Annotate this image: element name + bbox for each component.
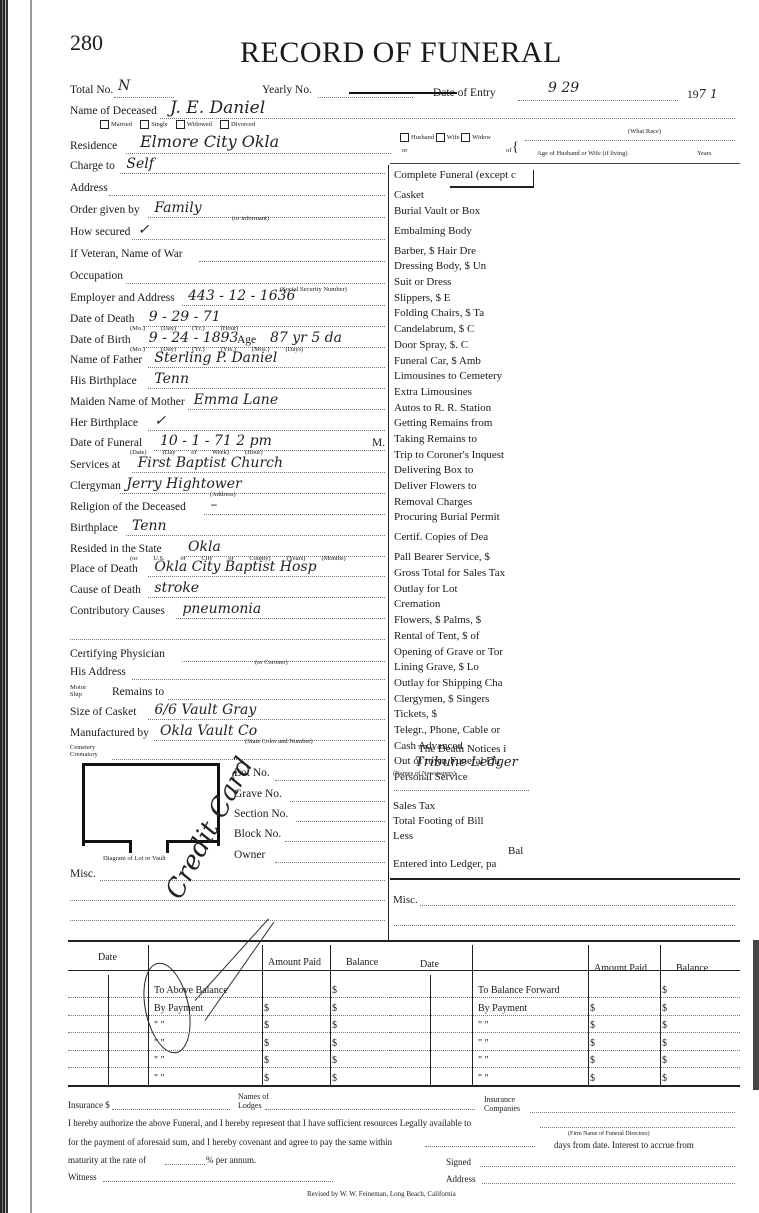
signed-label: Signed [446,1157,471,1167]
field-note: (State Color and Number) [245,738,313,745]
block-no-label: Block No. [234,828,281,840]
charge-item: Outlay for Shipping Cha [394,676,534,692]
charge-item: Removal Charges [394,495,534,511]
charge-item: Burial Vault or Box [394,204,534,224]
lodges-label-2: Lodges [238,1101,262,1110]
ledger-header: Date [420,959,439,970]
single-checkbox[interactable] [140,120,149,129]
page-number: 280 [70,30,103,56]
spouse-options: Husband Wife Widow [400,133,491,142]
currency-sign: $ [332,1038,337,1049]
years-label: Years [697,150,712,157]
field-label: His Birthplace [70,375,137,387]
ledger-row-label: " " [478,1055,489,1066]
ledger-row-label: " " [154,1055,165,1066]
date-of-entry-value: 9 29 [548,80,579,96]
field-value: First Baptist Church [138,455,283,471]
charge-item: Pall Bearer Service, $ [394,550,534,566]
field-label: Her Birthplace [70,417,138,429]
currency-sign: $ [264,1055,269,1066]
days-from-text: days from date. Interest to accrue from [554,1140,694,1150]
payment-text: for the payment of aforesaid sum, and I … [68,1137,392,1147]
insurance-label: Insurance $ [68,1100,110,1110]
newspapers-note: (Names of Newspapers) [393,770,456,777]
currency-sign: $ [590,1003,595,1014]
field-note: (Social Security Number) [280,286,347,293]
field-prefix: MotorShip [70,684,86,698]
charge-item: Flowers, $ Palms, $ [394,613,534,629]
field-value: Self [126,156,154,172]
currency-sign: $ [662,1020,667,1031]
ledger-row-label: " " [154,1020,165,1031]
insurance-companies-2: Companies [484,1104,520,1113]
residence-label: Residence [70,140,117,152]
total-footing-label: Total Footing of Bill [393,815,484,827]
charge-item: Taking Remains to [394,432,534,448]
ledger-header: Amount Paid [268,957,321,968]
diagram-caption: Diagram of Lot or Vault [103,855,166,862]
field-value: ✓ [154,413,166,429]
currency-sign: $ [662,1003,667,1014]
maturity-text: maturity at the rate of [68,1155,146,1165]
entered-ledger-label: Entered into Ledger, pa [393,858,496,870]
charge-item: Deliver Flowers to [394,479,534,495]
charge-item: Opening of Grave or Tor [394,645,534,661]
currency-sign: $ [662,1038,667,1049]
charge-item: Gross Total for Sales Tax [394,566,534,582]
field-label: Birthplace [70,522,118,534]
what-race: (What Race) [628,128,661,135]
currency-sign: $ [662,1073,667,1084]
field-note: (or Coroner) [255,659,288,666]
misc-right-label: Misc. [393,894,418,906]
field-label: Address [70,182,108,194]
field-label: Name of Father [70,354,142,366]
total-no-label: Total No. [70,84,113,96]
charge-item: Suit or Dress [394,275,534,291]
field-value: Emma Lane [194,392,279,408]
husband-checkbox[interactable] [400,133,409,142]
scan-edge-right [753,940,759,1090]
charge-item: Autos to R. R. Station [394,401,534,417]
charge-item: Limousines to Cemetery [394,369,534,385]
field-value: ✓ [138,222,150,238]
charges-list: Complete Funeral (except cCasketBurial V… [394,168,534,788]
ledger-row-label: " " [478,1038,489,1049]
field-label: Charge to [70,160,115,172]
column-divider [388,165,389,940]
field-label: How secured [70,226,130,238]
charge-item: Folding Chairs, $ Ta [394,306,534,322]
field-label: Manufactured by [70,727,149,739]
field-value: pneumonia [182,601,261,617]
firm-note: (Firm Name of Funeral Directors) [568,1131,650,1137]
currency-sign: $ [662,1055,667,1066]
balance-label: Bal [508,845,523,857]
owner-label: Owner [234,849,265,861]
currency-sign: $ [332,1020,337,1031]
charge-item: Outlay for Lot [394,582,534,598]
field-label: Contributory Causes [70,605,165,617]
field-label: Certifying Physician [70,648,165,660]
charge-item: Certif. Copies of Dea [394,530,534,550]
currency-sign: $ [332,1055,337,1066]
field-label: Date of Funeral [70,437,142,449]
address-label: Address [446,1174,476,1184]
field-label: Date of Death [70,313,135,325]
field-value: 6/6 Vault Gray [154,702,256,718]
field-value: 10 - 1 - 71 2 pm [160,433,272,449]
age-value: 87 yr 5 da [270,330,342,346]
field-value: Tenn [132,518,167,534]
charge-item: Slippers, $ E [394,291,534,307]
field-value: Okla City Baptist Hosp [154,559,316,575]
field-value: Jerry Hightower [126,476,241,492]
ledger-row-label: " " [154,1073,165,1084]
ledger-header: Date [98,952,117,963]
section-no-label: Section No. [234,808,288,820]
funeral-underline [450,186,534,188]
field-label: Maiden Name of Mother [70,396,185,408]
currency-sign: $ [332,1003,337,1014]
field-label: Clergyman [70,480,121,492]
ledger-row-label: " " [478,1073,489,1084]
newspaper-value: Tribune Ledger [415,755,518,770]
field-label: His Address [70,666,126,678]
charge-item: Cremation [394,597,534,613]
currency-sign: $ [264,1073,269,1084]
ledger-header: Balance [346,957,378,968]
ledger-header: Amount Paid [594,963,647,974]
yearly-no-label: Yearly No. [262,84,312,96]
currency-sign: $ [590,1055,595,1066]
age-label: Age [237,334,256,346]
year-value: 7 1 [699,87,718,101]
field-label: Place of Death [70,563,138,575]
age-spouse-label: Age of Husband or Wife (if living) [537,150,628,157]
charge-item: Embalming Body [394,224,534,244]
field-label: Occupation [70,270,123,282]
residence-value: Elmore City Okla [140,132,279,151]
ledger-row-label: To Above Balance [154,985,228,996]
charge-item: Rental of Tent, $ of [394,629,534,645]
field-label: Services at [70,459,120,471]
field-label: Size of Casket [70,706,136,718]
misc-label: Misc. [70,868,96,880]
field-label: Religion of the Deceased [70,501,186,513]
field-label: Cause of Death [70,584,141,596]
field-prefix: CemeteryCrematory [70,744,98,758]
currency-sign: $ [590,1073,595,1084]
date-of-entry-label: Date of Entry [433,87,496,99]
field-value: stroke [154,580,199,596]
field-label: If Veteran, Name of War [70,248,183,260]
insurance-companies-1: Insurance [484,1095,515,1104]
field-value: Tenn [154,371,189,387]
spouse-of: of [506,147,511,154]
ledger-top [68,940,740,942]
scan-edge [0,0,12,1213]
marital-options: Married Single Widowed Divorced [100,120,255,129]
ledger-header: Balance [676,963,708,974]
field-value: Okla Vault Co [160,723,257,739]
page-title: RECORD OF FUNERAL [240,36,562,70]
charge-item: Funeral Car, $ Amb [394,354,534,370]
charge-item: Door Spray, $. C [394,338,534,354]
charge-item: Dressing Body, $ Un [394,259,534,275]
spouse-or: or [402,147,407,154]
field-label: Employer and Address [70,292,175,304]
currency-sign: $ [590,1038,595,1049]
death-notices-label: The Death Notices i [418,743,506,755]
lodges-label-1: Names of [238,1092,269,1101]
charge-item: Getting Remains from [394,416,534,432]
charge-item: Telegr., Phone, Cable or [394,723,534,739]
authorize-text: I hereby authorize the above Funeral, an… [68,1118,471,1128]
field-value: 9 - 29 - 71 [149,309,221,325]
witness-label: Witness [68,1172,97,1182]
charge-item: Extra Limousines [394,385,534,401]
currency-sign: $ [662,985,667,996]
field-suffix: M. [372,437,385,449]
field-label: Remains to [112,686,164,698]
revised-note: Revised by W. W. Feineman, Long Beach, C… [307,1190,456,1198]
ledger-row-label: To Balance Forward [478,985,560,996]
field-label: Order given by [70,204,140,216]
charge-item: Lining Grave, $ Lo [394,660,534,676]
widow-checkbox[interactable] [461,133,470,142]
charge-item: Procuring Burial Permit [394,510,534,530]
charge-item: Delivering Box to [394,463,534,479]
field-label: Resided in the State [70,543,162,555]
charge-item: Tickets, $ [394,707,534,723]
charge-item: Clergymen, $ Singers [394,692,534,708]
section-divider [390,878,740,880]
percent-text: % per annum. [206,1155,256,1165]
ledger-row-label: " " [478,1020,489,1031]
currency-sign: $ [332,1073,337,1084]
less-label: Less [393,830,413,842]
field-value: Family [154,200,201,216]
year-prefix: 19 [687,89,699,101]
field-value: 9 - 24 - 1893 [149,330,239,346]
charge-item: Candelabrum, $ C [394,322,534,338]
name-value: J. E. Daniel [170,98,265,118]
charge-item: Trip to Coroner's Inquest [394,448,534,464]
currency-sign: $ [264,1020,269,1031]
ledger-bottom [68,1085,740,1087]
field-value: – [210,497,217,513]
married-checkbox[interactable] [100,120,109,129]
scan-edge-line [30,0,32,1213]
name-label: Name of Deceased [70,105,157,117]
ledger-row-label: By Payment [154,1003,203,1014]
charge-item: Barber, $ Hair Dre [394,244,534,260]
divorced-checkbox[interactable] [220,120,229,129]
charge-item: Casket [394,188,534,204]
field-value: Okla [188,539,221,555]
ledger-row-label: " " [154,1038,165,1049]
wife-checkbox[interactable] [436,133,445,142]
currency-sign: $ [264,1038,269,1049]
ledger-row-label: By Payment [478,1003,527,1014]
field-value: Sterling P. Daniel [154,350,277,366]
currency-sign: $ [332,985,337,996]
field-label: Date of Birth [70,334,131,346]
sales-tax-label: Sales Tax [393,800,435,812]
widowed-checkbox[interactable] [176,120,185,129]
total-no-value: N [118,78,130,94]
field-note: (or informant) [232,215,269,222]
charge-item: Complete Funeral (except c [394,168,534,188]
currency-sign: $ [264,1003,269,1014]
currency-sign: $ [590,1020,595,1031]
